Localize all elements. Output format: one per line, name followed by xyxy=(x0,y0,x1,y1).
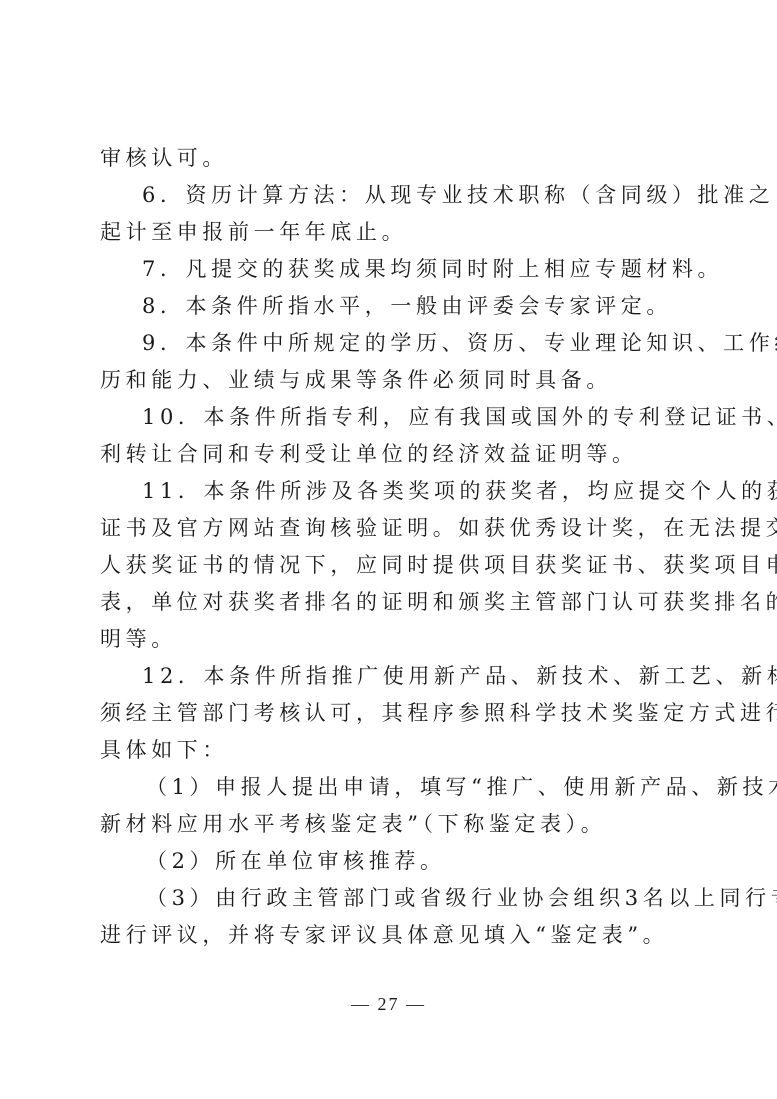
clause-12-line-1: 12．本条件所指推广使用新产品、新技术、新工艺、新材料 xyxy=(100,658,680,695)
clause-10-line-2: 利转让合同和专利受让单位的经济效益证明等。 xyxy=(100,436,680,473)
clause-6-line-1: 6．资历计算方法：从现专业技术职称（含同级）批准之日 xyxy=(100,177,680,214)
sub-item-2: （2）所在单位审核推荐。 xyxy=(100,843,680,880)
sub-item-1-line-2: 新材料应用水平考核鉴定表”（下称鉴定表）。 xyxy=(100,806,680,843)
document-body: 审核认可。 6．资历计算方法：从现专业技术职称（含同级）批准之日 起计至申报前一… xyxy=(100,140,680,954)
clause-11-line-3: 人获奖证书的情况下，应同时提供项目获奖证书、获奖项目申报 xyxy=(100,547,680,584)
clause-11-line-2: 证书及官方网站查询核验证明。如获优秀设计奖，在无法提交个 xyxy=(100,510,680,547)
clause-11-line-5: 明等。 xyxy=(100,621,680,658)
sub-item-1-line-1: （1）申报人提出申请，填写“推广、使用新产品、新技术、 xyxy=(100,769,680,806)
sub-item-3-line-2: 进行评议，并将专家评议具体意见填入“鉴定表”。 xyxy=(100,917,680,954)
clause-11-line-1: 11．本条件所涉及各类奖项的获奖者，均应提交个人的获奖 xyxy=(100,473,680,510)
clause-9-line-2: 历和能力、业绩与成果等条件必须同时具备。 xyxy=(100,362,680,399)
clause-9-line-1: 9．本条件中所规定的学历、资历、专业理论知识、工作经 xyxy=(100,325,680,362)
clause-7: 7．凡提交的获奖成果均须同时附上相应专题材料。 xyxy=(100,251,680,288)
clause-8: 8．本条件所指水平，一般由评委会专家评定。 xyxy=(100,288,680,325)
clause-10-line-1: 10．本条件所指专利，应有我国或国外的专利登记证书、专 xyxy=(100,399,680,436)
page-number: — 27 — xyxy=(0,994,777,1015)
clause-12-line-2: 须经主管部门考核认可，其程序参照科学技术奖鉴定方式进行， xyxy=(100,695,680,732)
sub-item-3-line-1: （3）由行政主管部门或省级行业协会组织3名以上同行专家 xyxy=(100,880,680,917)
clause-11-line-4: 表，单位对获奖者排名的证明和颁奖主管部门认可获奖排名的证 xyxy=(100,584,680,621)
clause-6-line-2: 起计至申报前一年年底止。 xyxy=(100,214,680,251)
clause-12-line-3: 具体如下： xyxy=(100,732,680,769)
text-line: 审核认可。 xyxy=(100,140,680,177)
